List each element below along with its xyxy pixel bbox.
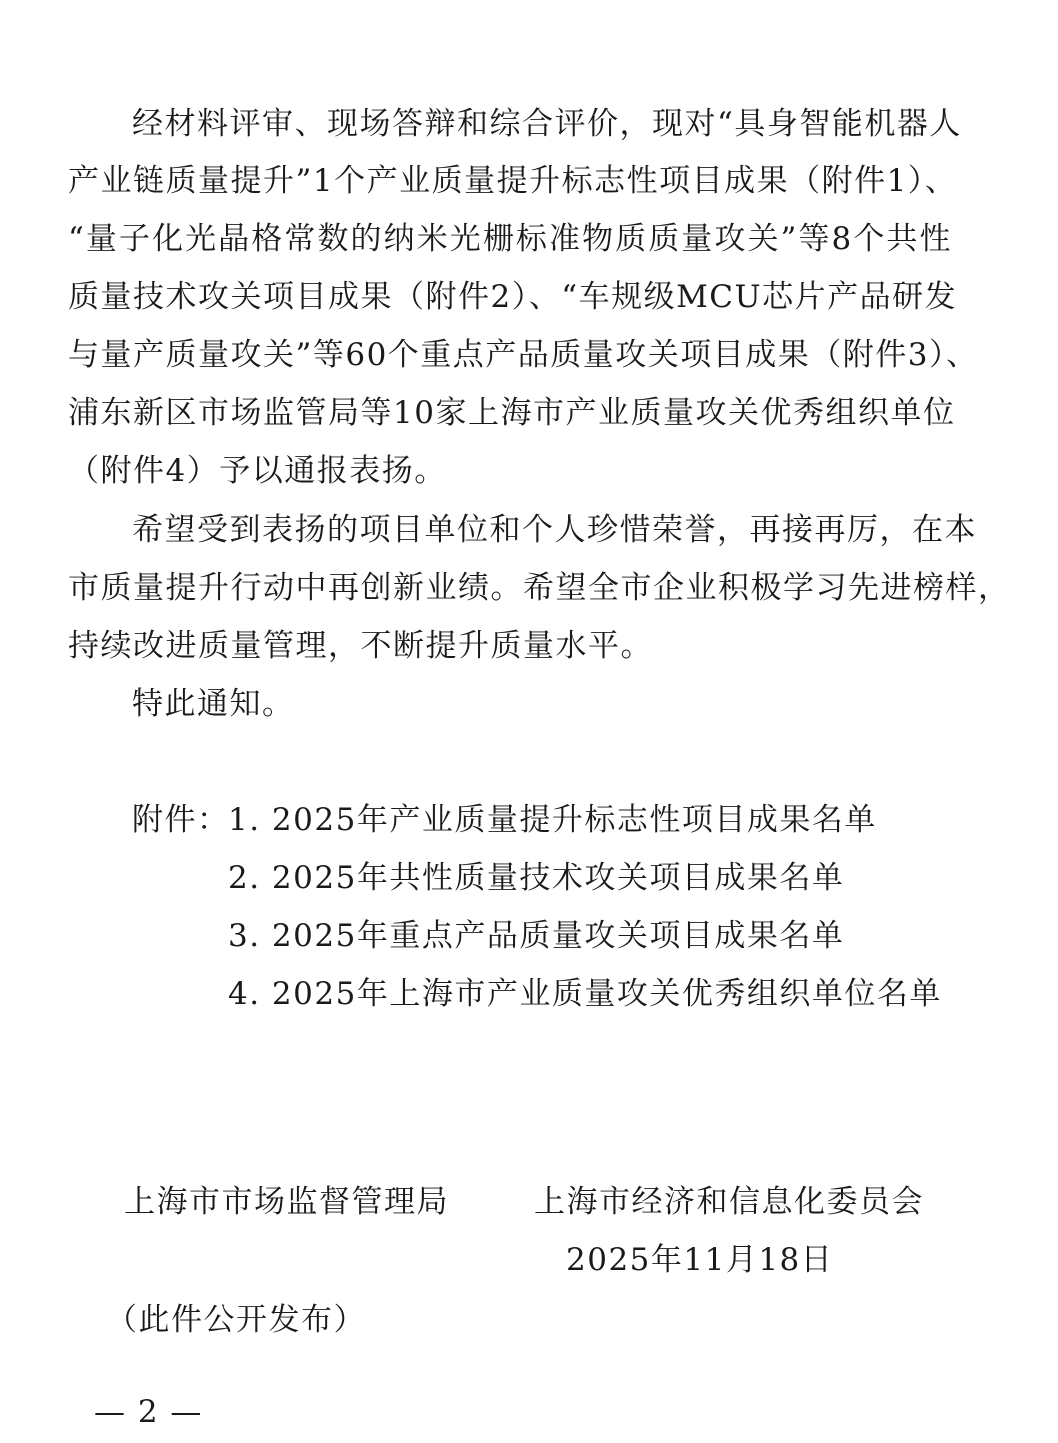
paragraph-line: 产业链质量提升”1个产业质量提升标志性项目成果（附件1）、 — [68, 161, 952, 201]
paragraph-line: 经材料评审、现场答辩和综合评价，现对“具身智能机器人 — [132, 104, 952, 144]
paragraph-line: 质量技术攻关项目成果（附件2）、“车规级MCU芯片产品研发 — [68, 277, 952, 317]
paragraph-line: 希望受到表扬的项目单位和个人珍惜荣誉，再接再厉，在本 — [132, 510, 952, 550]
attachment-item: 1. 2025年产业质量提升标志性项目成果名单 — [228, 800, 877, 840]
paragraph-line: 持续改进质量管理，不断提升质量水平。 — [68, 626, 653, 666]
attachments-label: 附件： — [132, 800, 230, 840]
paragraph-line: 浦东新区市场监管局等10家上海市产业质量攻关优秀组织单位 — [68, 393, 952, 433]
page-number: — 2 — — [94, 1392, 203, 1432]
paragraph-line: （附件4）予以通报表扬。 — [68, 451, 447, 491]
attachment-item: 4. 2025年上海市产业质量攻关优秀组织单位名单 — [228, 974, 942, 1014]
paragraph-line: “量子化光晶格常数的纳米光栅标准物质质量攻关”等8个共性 — [68, 219, 952, 259]
attachment-item: 2. 2025年共性质量技术攻关项目成果名单 — [228, 858, 844, 898]
paragraph-line: 与量产质量攻关”等60个重点产品质量攻关项目成果（附件3）、 — [68, 335, 952, 375]
publication-note: （此件公开发布） — [106, 1300, 366, 1340]
attachment-item: 3. 2025年重点产品质量攻关项目成果名单 — [228, 916, 844, 956]
paragraph-line: 市质量提升行动中再创新业绩。希望全市企业积极学习先进榜样， — [68, 568, 952, 608]
signatory-market-regulation: 上海市市场监督管理局 — [124, 1182, 449, 1222]
issue-date: 2025年11月18日 — [566, 1240, 833, 1280]
signatory-economy-commission: 上海市经济和信息化委员会 — [534, 1182, 924, 1222]
closing-text: 特此通知。 — [132, 684, 295, 724]
